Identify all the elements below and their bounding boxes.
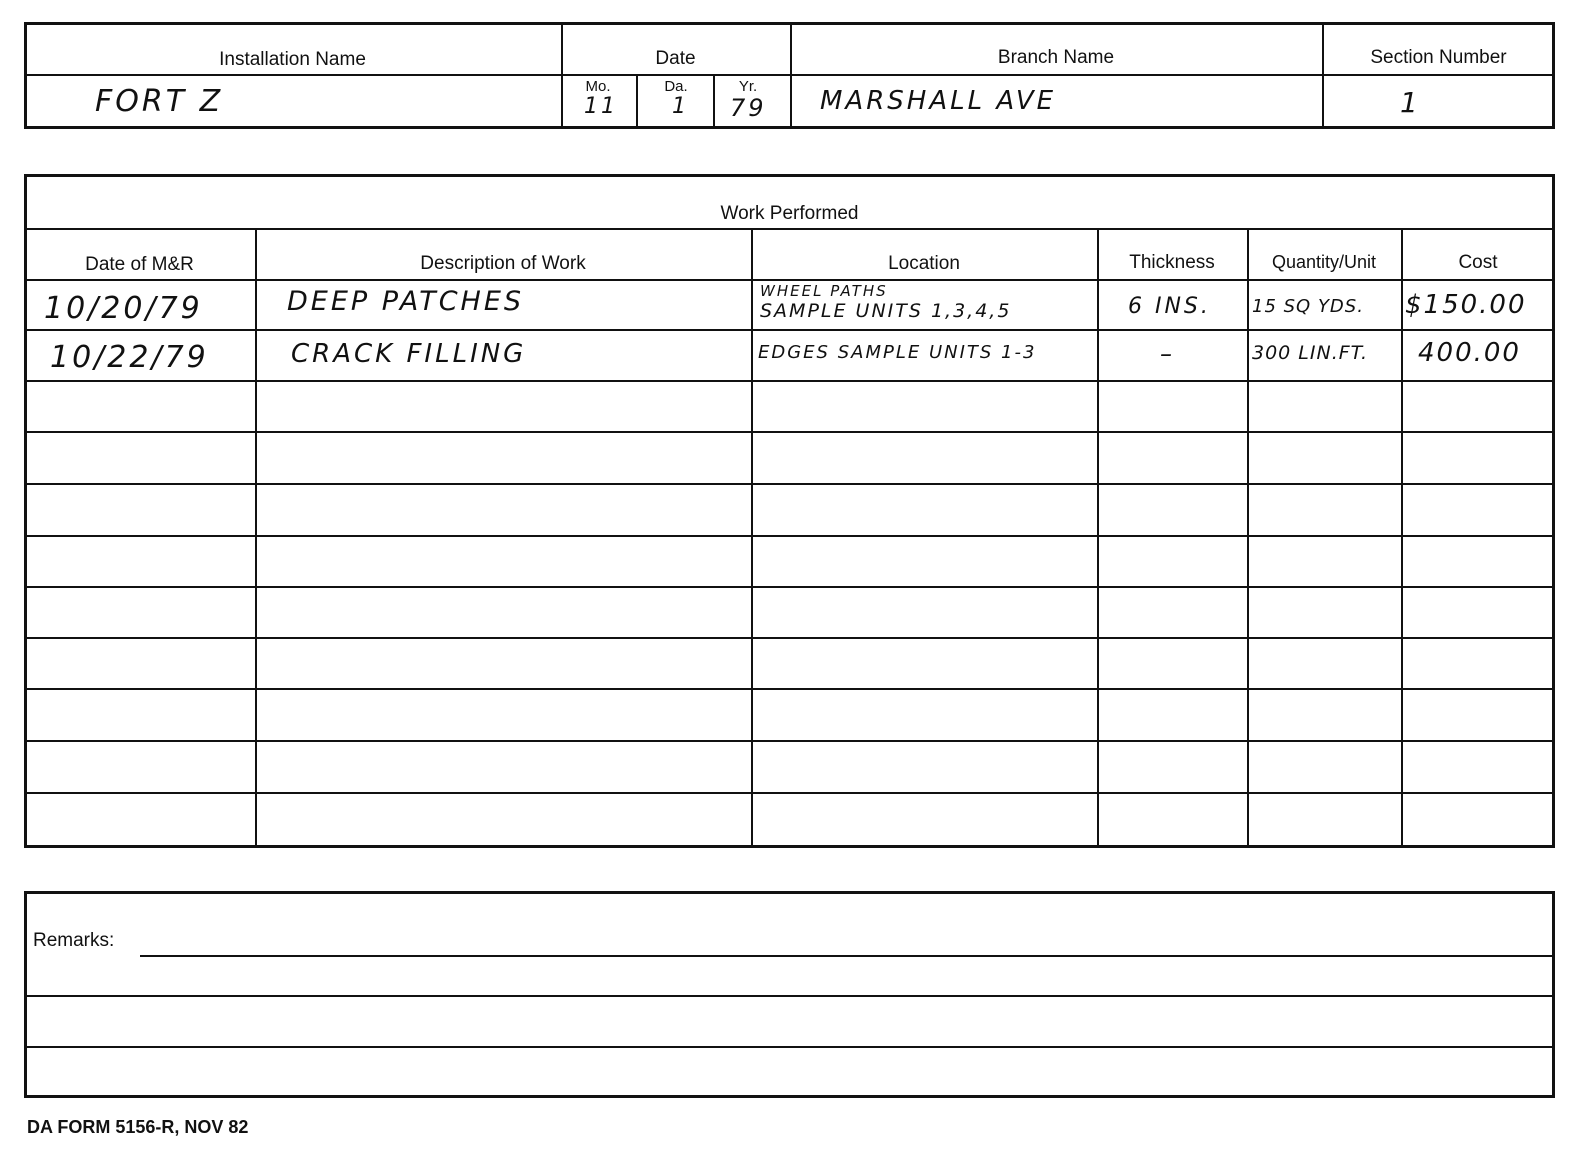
table-row[interactable]: [24, 381, 1555, 431]
column-header-location: Location: [751, 253, 1097, 275]
table-row[interactable]: [24, 484, 1555, 535]
installation-name-field[interactable]: FORT Z: [95, 84, 223, 119]
remarks-line[interactable]: [24, 1046, 1555, 1048]
date-label: Date: [561, 48, 790, 70]
section-number-field[interactable]: 1: [1400, 86, 1421, 119]
cell-location-line1[interactable]: WHEEL PATHS: [760, 282, 888, 300]
table-row[interactable]: [24, 432, 1555, 483]
column-header-cost: Cost: [1401, 252, 1555, 274]
cell-quantity[interactable]: 15 SQ YDS.: [1252, 296, 1364, 317]
cell-date[interactable]: 10/22/79: [50, 340, 209, 375]
cell-cost[interactable]: 400.00: [1418, 338, 1521, 368]
remarks-line[interactable]: [24, 995, 1555, 997]
form-identifier: DA FORM 5156-R, NOV 82: [27, 1117, 248, 1138]
cell-location-line2[interactable]: SAMPLE UNITS 1,3,4,5: [760, 300, 1011, 322]
column-header-quantity: Quantity/Unit: [1247, 252, 1401, 273]
day-label: Da.: [656, 78, 696, 95]
date-subdivider: [713, 74, 715, 129]
day-field[interactable]: 1: [672, 94, 689, 119]
column-header-description: Description of Work: [255, 253, 751, 275]
column-header-divider: [24, 279, 1555, 281]
remarks-label: Remarks:: [33, 930, 114, 952]
column-header-thickness: Thickness: [1097, 252, 1247, 274]
header-col-divider: [561, 22, 563, 129]
year-field[interactable]: 79: [730, 94, 767, 122]
year-label: Yr.: [728, 78, 768, 95]
date-subdivider: [636, 74, 638, 129]
table-row[interactable]: [24, 689, 1555, 740]
column-header-date: Date of M&R: [24, 254, 255, 276]
row-divider: [24, 329, 1555, 331]
cell-cost[interactable]: $150.00: [1405, 290, 1527, 320]
header-col-divider: [790, 22, 792, 129]
title-divider: [24, 228, 1555, 230]
header-col-divider: [1322, 22, 1324, 129]
work-performed-title: Work Performed: [24, 203, 1555, 225]
table-row[interactable]: [24, 536, 1555, 586]
section-number-label: Section Number: [1322, 47, 1555, 69]
month-field[interactable]: 11: [584, 94, 618, 119]
month-label: Mo.: [578, 78, 618, 95]
table-row[interactable]: [24, 793, 1555, 845]
cell-description[interactable]: DEEP PATCHES: [287, 286, 524, 317]
table-row[interactable]: [24, 638, 1555, 688]
branch-name-field[interactable]: MARSHALL AVE: [820, 86, 1056, 116]
cell-date[interactable]: 10/20/79: [44, 291, 203, 326]
cell-thickness[interactable]: –: [1160, 340, 1175, 368]
cell-thickness[interactable]: 6 INS.: [1128, 294, 1211, 319]
installation-name-label: Installation Name: [24, 49, 561, 71]
branch-name-label: Branch Name: [790, 47, 1322, 69]
table-row[interactable]: [24, 741, 1555, 792]
cell-quantity[interactable]: 300 LIN.FT.: [1252, 342, 1368, 364]
table-row[interactable]: [24, 587, 1555, 637]
remarks-line[interactable]: [140, 955, 1555, 957]
cell-location-line1[interactable]: EDGES SAMPLE UNITS 1-3: [758, 342, 1036, 363]
cell-description[interactable]: CRACK FILLING: [291, 339, 526, 369]
